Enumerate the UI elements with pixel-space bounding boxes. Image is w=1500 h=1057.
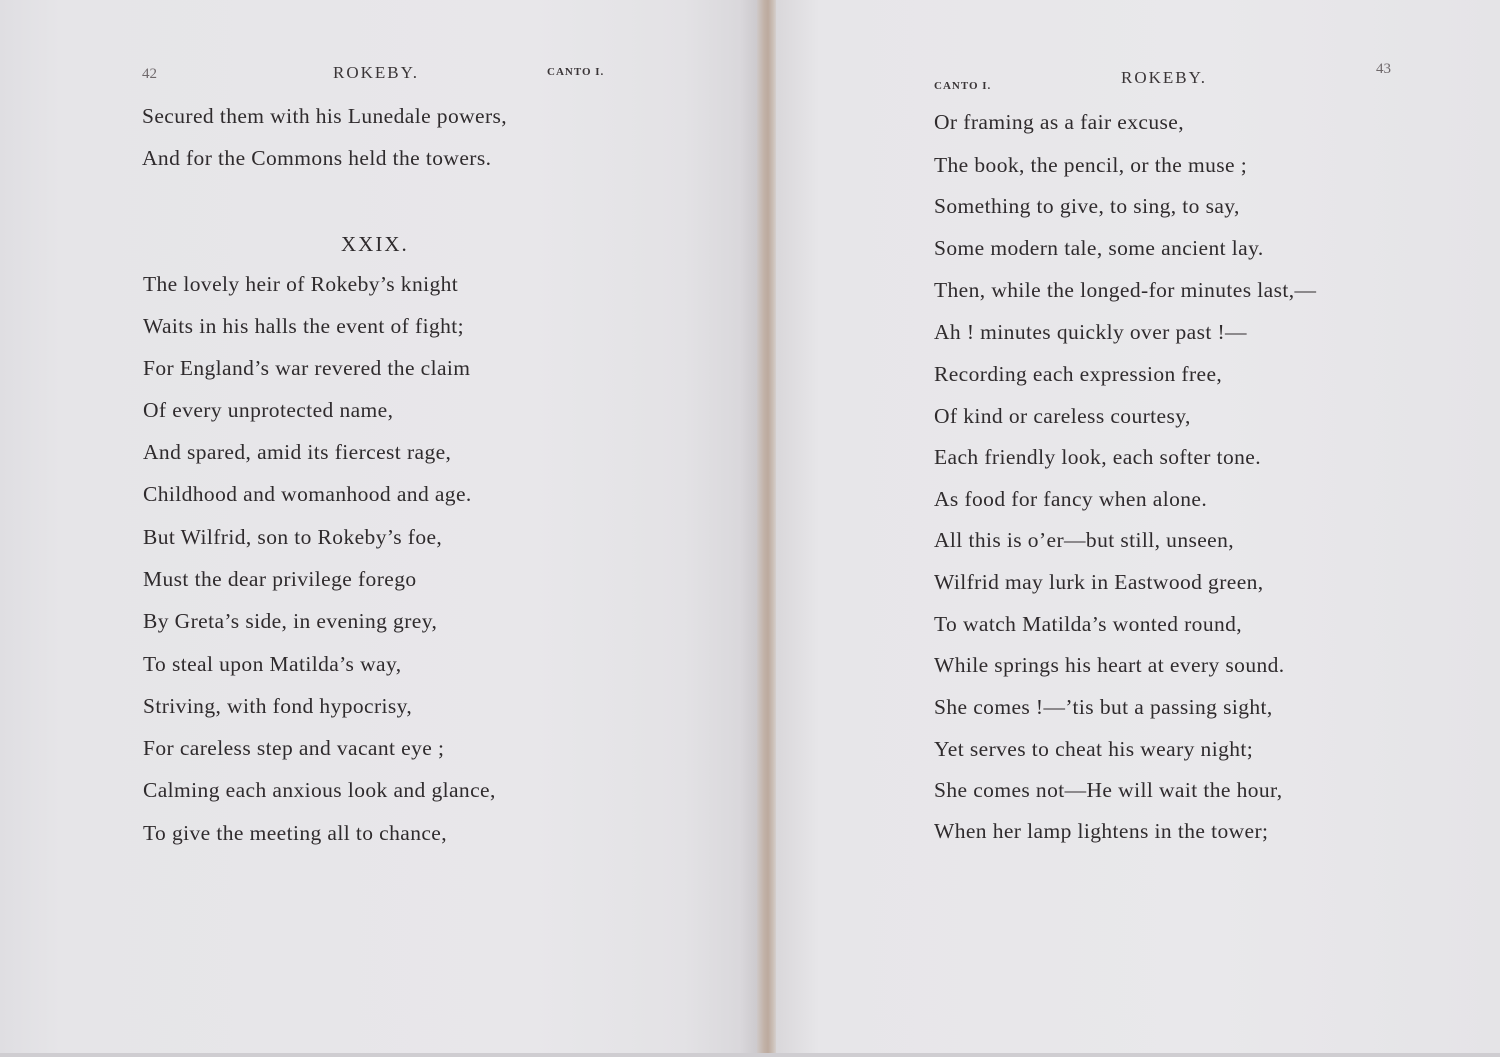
verse-line: To give the meeting all to chance, bbox=[143, 821, 447, 846]
right-page: CANTO I. ROKEBY. 43 Or framing as a fair… bbox=[776, 0, 1500, 1057]
verse-line: Of kind or careless courtesy, bbox=[934, 404, 1191, 429]
verse-line: Secured them with his Lunedale powers, bbox=[142, 104, 507, 129]
verse-line: Each friendly look, each softer tone. bbox=[934, 445, 1261, 470]
verse-line: All this is o’er—but still, unseen, bbox=[934, 528, 1234, 553]
verse-line: The book, the pencil, or the muse ; bbox=[934, 153, 1247, 178]
verse-line: As food for fancy when alone. bbox=[934, 487, 1207, 512]
verse-line: And spared, amid its fiercest rage, bbox=[143, 440, 451, 465]
verse-line: Ah ! minutes quickly over past !— bbox=[934, 320, 1247, 345]
verse-line: Wilfrid may lurk in Eastwood green, bbox=[934, 570, 1264, 595]
book-spread: 42 ROKEBY. CANTO I. Secured them with hi… bbox=[0, 0, 1500, 1057]
stanza-number: XXIX. bbox=[341, 232, 409, 257]
verse-line: To steal upon Matilda’s way, bbox=[143, 652, 402, 677]
verse-line: The lovely heir of Rokeby’s knight bbox=[143, 272, 458, 297]
verse-line: Recording each expression free, bbox=[934, 362, 1222, 387]
page-bottom-edge bbox=[0, 1053, 1500, 1057]
verse-line: Striving, with fond hypocrisy, bbox=[143, 694, 412, 719]
page-number-left: 42 bbox=[142, 66, 157, 83]
canto-label-left: CANTO I. bbox=[547, 66, 604, 78]
verse-line: Calming each anxious look and glance, bbox=[143, 778, 496, 803]
verse-line: Of every unprotected name, bbox=[143, 398, 393, 423]
left-page: 42 ROKEBY. CANTO I. Secured them with hi… bbox=[0, 0, 760, 1057]
verse-line: Something to give, to sing, to say, bbox=[934, 194, 1240, 219]
verse-line: Then, while the longed-for minutes last,… bbox=[934, 278, 1316, 303]
verse-line: Waits in his halls the event of fight; bbox=[143, 314, 464, 339]
running-title-right: ROKEBY. bbox=[1121, 68, 1207, 88]
page-number-right: 43 bbox=[1376, 61, 1391, 78]
verse-line: Or framing as a fair excuse, bbox=[934, 110, 1184, 135]
verse-line: She comes !—’tis but a passing sight, bbox=[934, 695, 1273, 720]
verse-line: While springs his heart at every sound. bbox=[934, 653, 1285, 678]
verse-line: By Greta’s side, in evening grey, bbox=[143, 609, 437, 634]
verse-line: And for the Commons held the towers. bbox=[142, 146, 491, 171]
verse-line: To watch Matilda’s wonted round, bbox=[934, 612, 1242, 637]
running-title-left: ROKEBY. bbox=[333, 63, 419, 83]
book-gutter bbox=[757, 0, 777, 1057]
verse-line: But Wilfrid, son to Rokeby’s foe, bbox=[143, 525, 442, 550]
verse-line: Childhood and womanhood and age. bbox=[143, 482, 472, 507]
verse-line: For England’s war revered the claim bbox=[143, 356, 470, 381]
gutter-shadow bbox=[740, 0, 757, 1057]
verse-line: Yet serves to cheat his weary night; bbox=[934, 737, 1253, 762]
verse-line: She comes not—He will wait the hour, bbox=[934, 778, 1283, 803]
canto-label-right: CANTO I. bbox=[934, 80, 991, 92]
verse-line: When her lamp lightens in the tower; bbox=[934, 819, 1268, 844]
verse-line: Must the dear privilege forego bbox=[143, 567, 417, 592]
verse-line: For careless step and vacant eye ; bbox=[143, 736, 444, 761]
verse-line: Some modern tale, some ancient lay. bbox=[934, 236, 1264, 261]
